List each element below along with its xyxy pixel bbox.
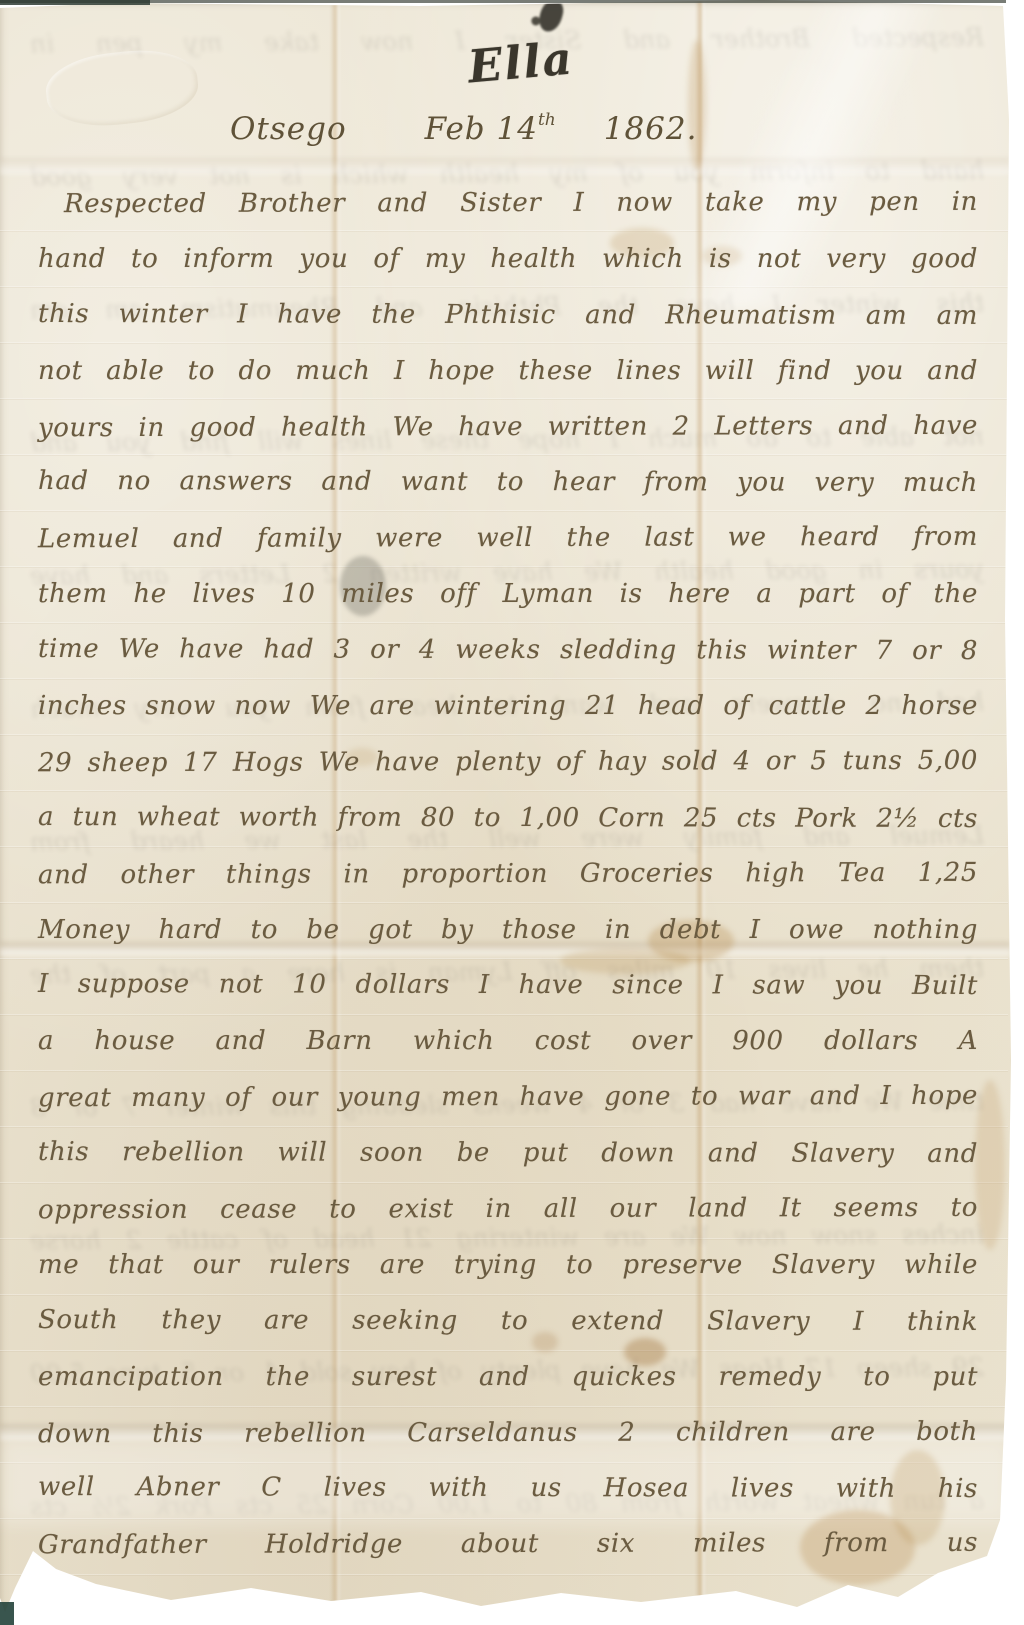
scan-edge-top-left [0,0,150,5]
letter-line: Money hard to be got by those in debt I … [38,903,978,959]
place-name: Otsego [230,111,347,147]
letter-line: Respected Brother and Sister I now take … [38,175,978,233]
date-ordinal: th [538,110,556,130]
letter-annotation-name: Ella [466,31,576,93]
scan-mat-corner [0,1602,14,1625]
letter-dateline: OtsegoFeb 14th1862. [0,110,984,147]
letter-line: well Abner C lives with us Hosea lives w… [38,1461,978,1519]
letter-line: hand to inform you of my health which is… [38,232,978,288]
letter-line: me that our rulers are trying to preserv… [38,1238,978,1294]
letter-line: this winter I have the Phthisic and Rheu… [38,287,978,345]
letter-line: Grandfather Holdridge about six miles fr… [38,1516,978,1574]
letter-line: yours in good health We have written 2 L… [38,398,978,456]
letter-date: Feb 14th [425,111,556,147]
letter-line: them he lives 10 miles off Lyman is here… [38,567,978,623]
letter-line: great many of our young men have gone to… [38,1069,978,1127]
letter-line: South they are seeking to extend Slavery… [38,1293,978,1351]
letter-body: Respected Brother and Sister I now take … [38,176,978,1573]
letter-line: had no answers and want to hear from you… [38,454,978,512]
stain [975,1080,1005,1250]
letter-line: this rebellion will soon be put down and… [38,1125,978,1183]
letter-line: Lemuel and family were well the last we … [38,510,978,568]
letter-line: emancipation the surest and quickes reme… [38,1350,978,1406]
letter-line: a house and Barn which cost over 900 dol… [38,1014,978,1070]
letter-line: time We have had 3 or 4 weeks sledding t… [38,622,978,680]
letter-line: not able to do much I hope these lines w… [38,344,978,400]
letter-line: oppression cease to exist in all our lan… [38,1181,978,1239]
letter-line: and other things in proportion Groceries… [38,845,978,903]
letter-line: a tun wheat worth from 80 to 1,00 Corn 2… [38,790,978,848]
letter-line: down this rebellion Carseldanus 2 childr… [38,1404,978,1462]
ink-blot [536,0,565,34]
letter-line: inches snow now We are wintering 21 head… [38,679,978,735]
scan-edge-top [0,0,1006,3]
letter-line: 29 sheep 17 Hogs We have plenty of hay s… [38,734,978,792]
letter-line: I suppose not 10 dollars I have since I … [38,957,978,1015]
letter-year: 1862. [604,111,698,147]
letter-page: Respected Brother and Sister I now take … [0,0,1024,1625]
date-day: Feb 14 [425,111,538,147]
